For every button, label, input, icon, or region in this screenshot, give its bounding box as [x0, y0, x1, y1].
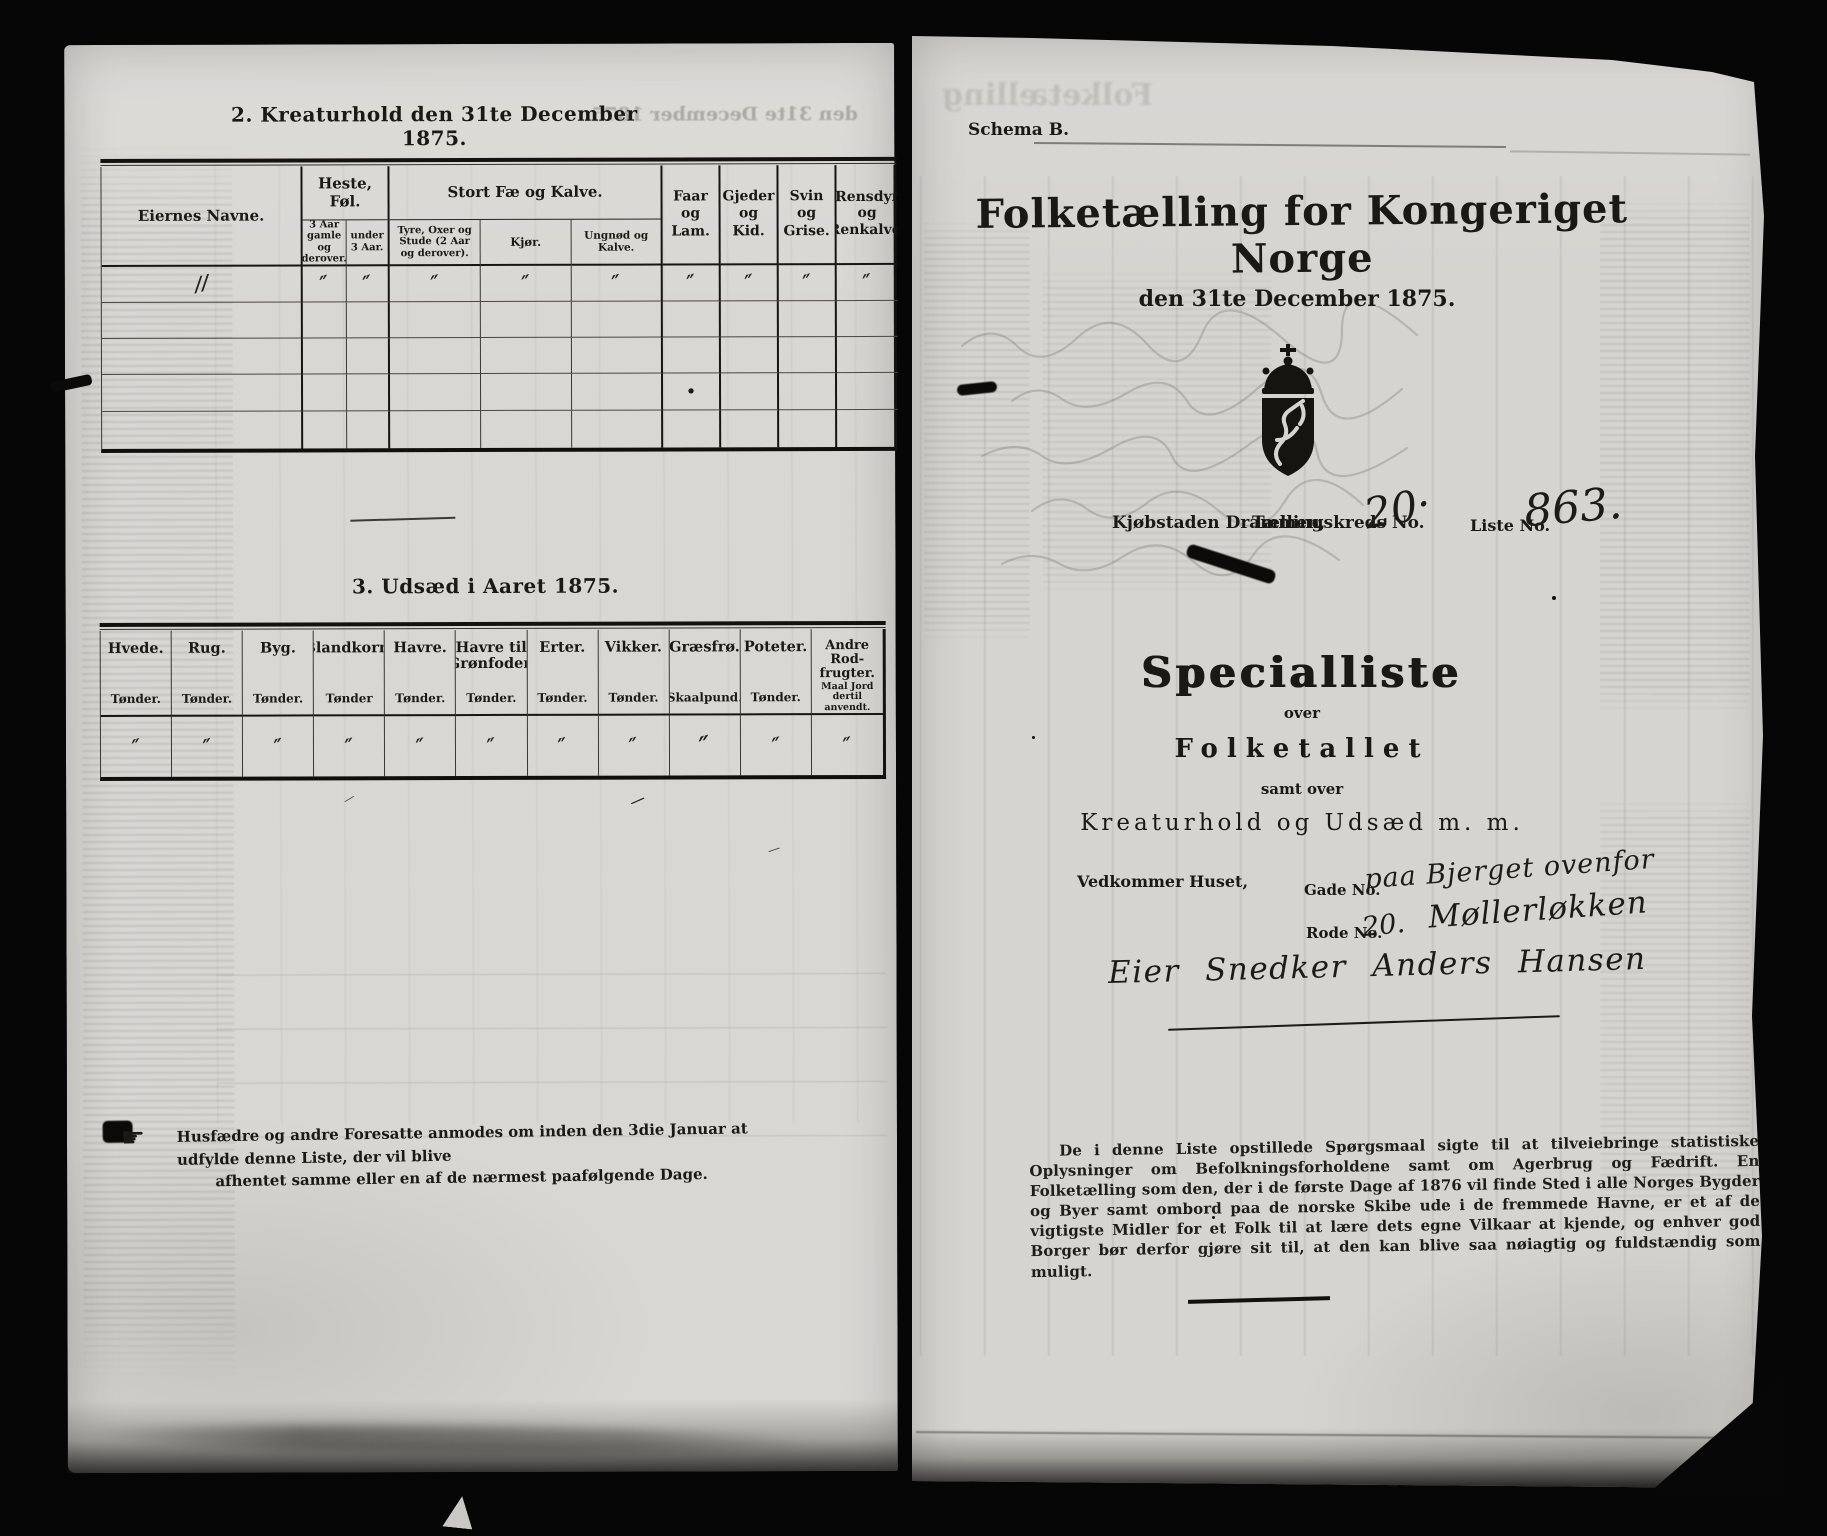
column-label: Erter.: [539, 640, 585, 656]
coat-of-arms-norway: [1250, 344, 1326, 478]
count-cell: [779, 337, 837, 373]
count-cell: [390, 411, 481, 448]
count-cell: [663, 301, 721, 337]
kreaturhold-table-title: 2. Kreaturhold den 31te December 1875.: [214, 102, 654, 151]
census-title: Folketælling for Kongeriget Norge: [932, 185, 1673, 285]
schema-label: Schema B.: [968, 120, 1069, 140]
handwritten-mark: ″: [273, 734, 284, 758]
count-cell: [721, 373, 779, 410]
handwritten-mark: ″: [771, 733, 782, 757]
value-cell: ″: [385, 716, 456, 776]
count-cell: ″: [779, 265, 837, 301]
census-date: den 31te December 1875.: [972, 286, 1622, 312]
count-cell: [347, 338, 390, 374]
handwritten-mark: ″: [131, 735, 142, 759]
column-header-havre: Havre. Tønder.: [385, 630, 456, 716]
rode-number-handwritten: 20.: [1360, 908, 1406, 943]
scan-speck: [1032, 736, 1035, 739]
column-unit: Tønder.: [253, 691, 303, 705]
bleedthrough-title-text: Folketælling: [942, 78, 1153, 113]
count-cell: ″: [572, 265, 663, 301]
count-cell: [390, 338, 481, 374]
handwritten-mark: ″: [202, 735, 213, 759]
owner-cell: [102, 338, 303, 375]
column-header-svin: Svin og Grise.: [778, 165, 836, 265]
column-label: Poteter.: [744, 639, 807, 655]
handwritten-mark: ″: [862, 270, 873, 294]
top-rule-faint: [1510, 150, 1750, 155]
count-cell: [837, 373, 898, 410]
handwritten-mark: ″: [415, 734, 426, 758]
column-label: Havre.: [393, 640, 446, 656]
column-unit: Tønder.: [182, 692, 232, 706]
owner-cell: [102, 302, 303, 339]
over-label: over: [962, 704, 1642, 722]
handwritten-mark: ″: [842, 733, 853, 757]
column-label: Havre til Grønfoder.: [456, 640, 527, 672]
count-cell: [572, 301, 663, 337]
value-cell: ″: [741, 715, 812, 775]
column-unit: Tønder.: [111, 692, 161, 706]
handwritten-mark: ″: [611, 271, 622, 295]
column-header-gronfoder: Havre til Grønfoder. Tønder.: [456, 630, 527, 716]
bleedthrough-handwriting: [952, 306, 1752, 606]
column-unit: Tønder.: [395, 691, 445, 705]
stray-ink-dot: •: [686, 382, 696, 400]
kreaturhold-grid: Eiernes Navne. Heste, Føl. Stort Fæ og K…: [100, 165, 897, 453]
count-cell: [390, 302, 481, 338]
column-header-vikker: Vikker. Tønder.: [598, 629, 669, 715]
owner-cell: [102, 411, 303, 449]
count-cell: ″: [721, 265, 779, 301]
count-cell: [837, 337, 898, 373]
column-header-graesfro: Græsfrø. Skaalpund.: [669, 629, 740, 715]
count-cell: [481, 338, 572, 374]
count-cell: [347, 411, 390, 448]
value-cell: ″: [527, 716, 598, 776]
subcolumn-ungnod: Ungnød og Kalve.: [572, 219, 663, 265]
column-unit: Tønder.: [608, 690, 658, 704]
count-cell: [303, 411, 347, 448]
count-cell: [779, 410, 837, 447]
column-unit: Maal Jord dertil anvendt.: [814, 682, 881, 713]
count-cell: [572, 373, 663, 410]
udsaed-table: Hvede. Tønder. Rug. Tønder. Byg. Tønder.…: [100, 621, 886, 781]
column-header-blandkorn: Blandkorn. Tønder: [314, 630, 385, 716]
column-group-heste: Heste, Føl.: [302, 166, 389, 220]
handwritten-mark: ″: [319, 272, 330, 296]
scan-speck: [1212, 1216, 1215, 1219]
list-number-handwritten: 863.: [1522, 478, 1624, 537]
handwritten-mark: ″: [685, 271, 696, 295]
kreaturhold-heading: Kreaturhold og Udsæd m. m.: [962, 810, 1642, 836]
column-header-gjeder: Gjeder og Kid.: [720, 165, 778, 265]
value-cell: ″: [243, 716, 314, 776]
count-cell: [481, 374, 572, 411]
left-page: den 31te December 1875. 2. Kreaturhold d…: [64, 43, 898, 1473]
count-cell: ″: [303, 266, 347, 302]
handwritten-mark: ″: [362, 272, 373, 296]
handwritten-mark: ″: [520, 271, 531, 295]
count-cell: [481, 411, 572, 448]
folketallet-heading: Folketallet: [962, 734, 1642, 764]
column-header-rensdyr: Rensdyr og Renkalve.: [836, 165, 897, 265]
count-cell: ″: [481, 266, 572, 302]
column-label: Andre Rod- frugter.: [814, 639, 881, 682]
paper-notch: [442, 1495, 475, 1530]
column-unit: Tønder: [326, 691, 373, 705]
count-cell: •: [663, 373, 721, 410]
column-unit: Tønder.: [537, 691, 587, 705]
count-cell: [347, 374, 390, 411]
count-cell: [303, 302, 347, 338]
column-label: Hvede.: [108, 641, 164, 657]
handwritten-mark: ″: [628, 733, 639, 757]
column-unit: Tønder.: [751, 690, 801, 704]
top-rule: [1034, 142, 1506, 148]
column-label: Vikker.: [605, 639, 662, 655]
owner-cell: //: [102, 266, 303, 303]
count-cell: [721, 301, 779, 337]
count-cell: [663, 410, 721, 447]
count-cell: [347, 302, 390, 338]
count-cell: [303, 338, 347, 374]
count-cell: [837, 301, 898, 337]
value-cell: ″: [101, 717, 172, 777]
subcolumn-kjor: Kjør.: [481, 220, 572, 266]
manicule-icon: ☛: [120, 1118, 145, 1159]
value-cell: ″: [172, 717, 243, 777]
column-label: Rug.: [188, 641, 226, 657]
specialliste-heading: Specialliste: [962, 648, 1642, 697]
column-header-byg: Byg. Tønder.: [243, 630, 314, 716]
count-cell: ″: [347, 266, 390, 302]
count-cell: [721, 337, 779, 373]
value-cell: ″: [599, 715, 670, 775]
right-page: Folketælling Schema B. Folketælling for …: [912, 36, 1772, 1488]
handwritten-mark: ″: [801, 270, 812, 294]
column-unit: Tønder.: [466, 691, 516, 705]
table-top-rule: [100, 621, 886, 627]
column-unit: Skaalpund.: [669, 690, 740, 704]
count-cell: ″: [390, 266, 481, 302]
handwritten-mark: ″: [344, 734, 355, 758]
value-cell: ″: [670, 715, 741, 775]
handwritten-mark: ″: [429, 271, 440, 295]
page-crease: [916, 1431, 1756, 1439]
count-cell: [721, 410, 779, 447]
handwritten-mark: ″: [698, 729, 712, 761]
count-cell: [303, 374, 347, 411]
samt-over-label: samt over: [962, 780, 1642, 798]
value-cell: ″: [314, 716, 385, 776]
kreaturhold-table: Eiernes Navne. Heste, Føl. Stort Fæ og K…: [100, 157, 897, 453]
udsaed-grid: Hvede. Tønder. Rug. Tønder. Byg. Tønder.…: [100, 629, 886, 781]
column-label: Blandkorn.: [314, 640, 385, 656]
subcolumn-heste-under3: under 3 Aar.: [347, 220, 390, 266]
footnote: ☛ Husfædre og andre Foresatte anmodes om…: [103, 1117, 752, 1194]
column-header-hvede: Hvede. Tønder.: [101, 631, 172, 717]
handwritten-mark: ″: [743, 271, 754, 295]
count-cell: [481, 302, 572, 338]
column-header-rug: Rug. Tønder.: [172, 631, 243, 717]
handwritten-mark: ″: [557, 734, 568, 758]
count-cell: [572, 410, 663, 447]
handwritten-mark: ″: [486, 734, 497, 758]
count-cell: [663, 337, 721, 373]
column-header-owner: Eiernes Navne.: [101, 166, 302, 267]
instruction-paragraph: De i denne Liste opstillede Spørgsmaal s…: [1029, 1131, 1761, 1282]
subcolumn-tyre-oxer: Tyre, Oxer og Stude (2 Aar og derover).: [390, 220, 481, 266]
table-top-rule: [100, 157, 896, 163]
count-cell: [390, 374, 481, 411]
scan-smudge: [78, 1422, 818, 1456]
count-cell: ″: [663, 265, 721, 301]
value-cell: ″: [812, 715, 883, 775]
vedkommer-label: Vedkommer Huset,: [1077, 872, 1248, 891]
scan-speck: [1552, 596, 1556, 600]
column-header-faar: Faar og Lam.: [662, 165, 720, 265]
count-cell: ″: [837, 265, 898, 301]
column-header-poteter: Poteter. Tønder.: [740, 629, 811, 715]
subcolumn-heste-over3: 3 Aar gamle og derover.: [303, 220, 347, 266]
column-label: Byg.: [260, 640, 296, 656]
handwritten-mark: //: [193, 271, 209, 296]
count-cell: [572, 337, 663, 373]
count-cell: [779, 301, 837, 337]
scanned-census-spread: den 31te December 1875. 2. Kreaturhold d…: [0, 0, 1827, 1536]
count-cell: [837, 410, 898, 447]
value-cell: ″: [456, 716, 527, 776]
column-header-erter: Erter. Tønder.: [527, 630, 598, 716]
column-header-rodfrugter: Andre Rod- frugter. Maal Jord dertil anv…: [812, 629, 883, 715]
column-label: Græsfrø.: [669, 639, 739, 655]
column-group-stortfae: Stort Fæ og Kalve.: [389, 165, 662, 220]
udsaed-table-title: 3. Udsæd i Aaret 1875.: [306, 574, 666, 599]
count-cell: [779, 373, 837, 410]
owner-cell: [102, 374, 303, 412]
